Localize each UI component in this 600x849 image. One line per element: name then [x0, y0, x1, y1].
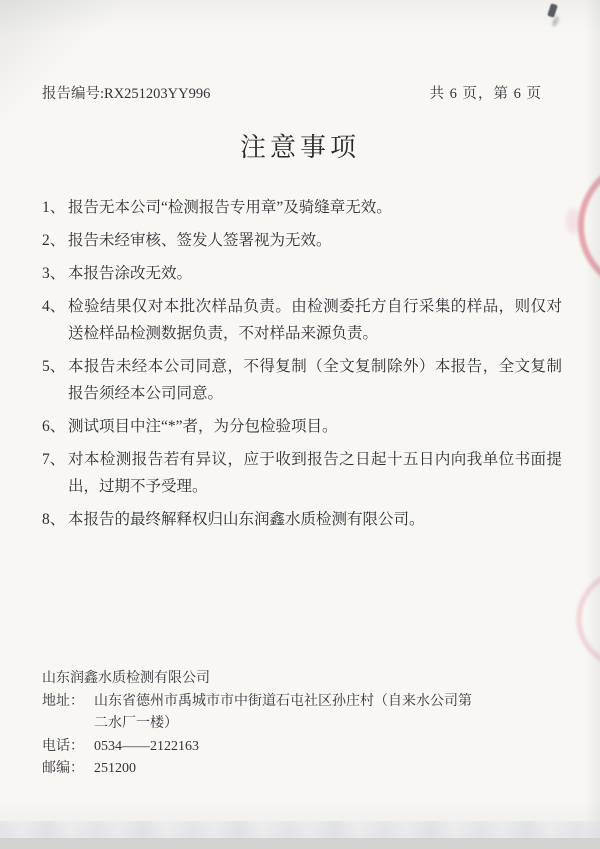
- note-text: 检验结果仅对本批次样品负责。由检测委托方自行采集的样品，则仅对送检样品检测数据负…: [68, 293, 562, 347]
- note-item: 1、 报告无本公司“检测报告专用章”及骑缝章无效。: [42, 194, 562, 221]
- note-item: 7、 对本检测报告若有异议，应于收到报告之日起十五日内向我单位书面提出，过期不予…: [42, 446, 562, 500]
- notes-list: 1、 报告无本公司“检测报告专用章”及骑缝章无效。 2、 报告未经审核、签发人签…: [42, 194, 562, 539]
- note-text: 本报告涂改无效。: [68, 260, 562, 287]
- note-number: 1、: [42, 194, 68, 221]
- footer-contact-block: 山东润鑫水质检测有限公司 地址： 山东省德州市禹城市市中街道石屯社区孙庄村（自来…: [42, 668, 522, 781]
- note-text: 报告未经审核、签发人签署视为无效。: [68, 227, 562, 254]
- postal-value: 251200: [94, 758, 136, 781]
- note-item: 8、 本报告的最终解释权归山东润鑫水质检测有限公司。: [42, 506, 562, 533]
- company-name: 山东润鑫水质检测有限公司: [42, 668, 210, 691]
- paper-bottom-edge: [0, 821, 600, 838]
- scanned-page: 报告编号:RX251203YY996 共 6 页，第 6 页 注意事项 1、 报…: [0, 0, 600, 849]
- note-number: 3、: [42, 260, 68, 287]
- company-name-row: 山东润鑫水质检测有限公司: [42, 668, 522, 691]
- red-seal-arc-icon: [578, 158, 600, 294]
- note-number: 2、: [42, 227, 68, 254]
- address-value: 山东省德州市禹城市市中街道石屯社区孙庄村（自来水公司第二水厂一楼）: [94, 691, 480, 736]
- phone-label: 电话：: [42, 736, 94, 759]
- note-item: 4、 检验结果仅对本批次样品负责。由检测委托方自行采集的样品，则仅对送检样品检测…: [42, 293, 562, 347]
- note-text: 报告无本公司“检测报告专用章”及骑缝章无效。: [68, 194, 562, 221]
- page-count: 共 6 页，第 6 页: [430, 84, 543, 104]
- note-item: 6、 测试项目中注“*”者，为分包检验项目。: [42, 413, 562, 440]
- note-number: 7、: [42, 446, 68, 500]
- red-seal-arc-small-icon: [577, 570, 600, 668]
- paper-sheet: 报告编号:RX251203YY996 共 6 页，第 6 页 注意事项 1、 报…: [0, 0, 600, 838]
- note-number: 5、: [42, 353, 68, 407]
- address-row: 地址： 山东省德州市禹城市市中街道石屯社区孙庄村（自来水公司第二水厂一楼）: [42, 691, 522, 736]
- page-title: 注意事项: [0, 131, 600, 165]
- report-number: 报告编号:RX251203YY996: [42, 84, 210, 104]
- address-label: 地址：: [42, 691, 94, 736]
- note-number: 4、: [42, 293, 68, 347]
- note-item: 5、 本报告未经本公司同意，不得复制（全文复制除外）本报告，全文复制报告须经本公…: [42, 353, 562, 407]
- note-text: 对本检测报告若有异议，应于收到报告之日起十五日内向我单位书面提出，过期不予受理。: [68, 446, 562, 500]
- note-item: 3、 本报告涂改无效。: [42, 260, 562, 287]
- note-text: 测试项目中注“*”者，为分包检验项目。: [68, 413, 562, 440]
- postal-label: 邮编：: [42, 758, 94, 781]
- note-text: 本报告的最终解释权归山东润鑫水质检测有限公司。: [68, 506, 562, 533]
- red-seal-smudge-icon: [566, 208, 580, 234]
- postal-row: 邮编： 251200: [42, 758, 522, 781]
- note-text: 本报告未经本公司同意，不得复制（全文复制除外）本报告，全文复制报告须经本公司同意…: [68, 353, 562, 407]
- phone-row: 电话： 0534——2122163: [42, 736, 522, 759]
- note-number: 6、: [42, 413, 68, 440]
- note-item: 2、 报告未经审核、签发人签署视为无效。: [42, 227, 562, 254]
- note-number: 8、: [42, 506, 68, 533]
- phone-value: 0534——2122163: [94, 736, 199, 759]
- page-header: 报告编号:RX251203YY996 共 6 页，第 6 页: [42, 84, 542, 104]
